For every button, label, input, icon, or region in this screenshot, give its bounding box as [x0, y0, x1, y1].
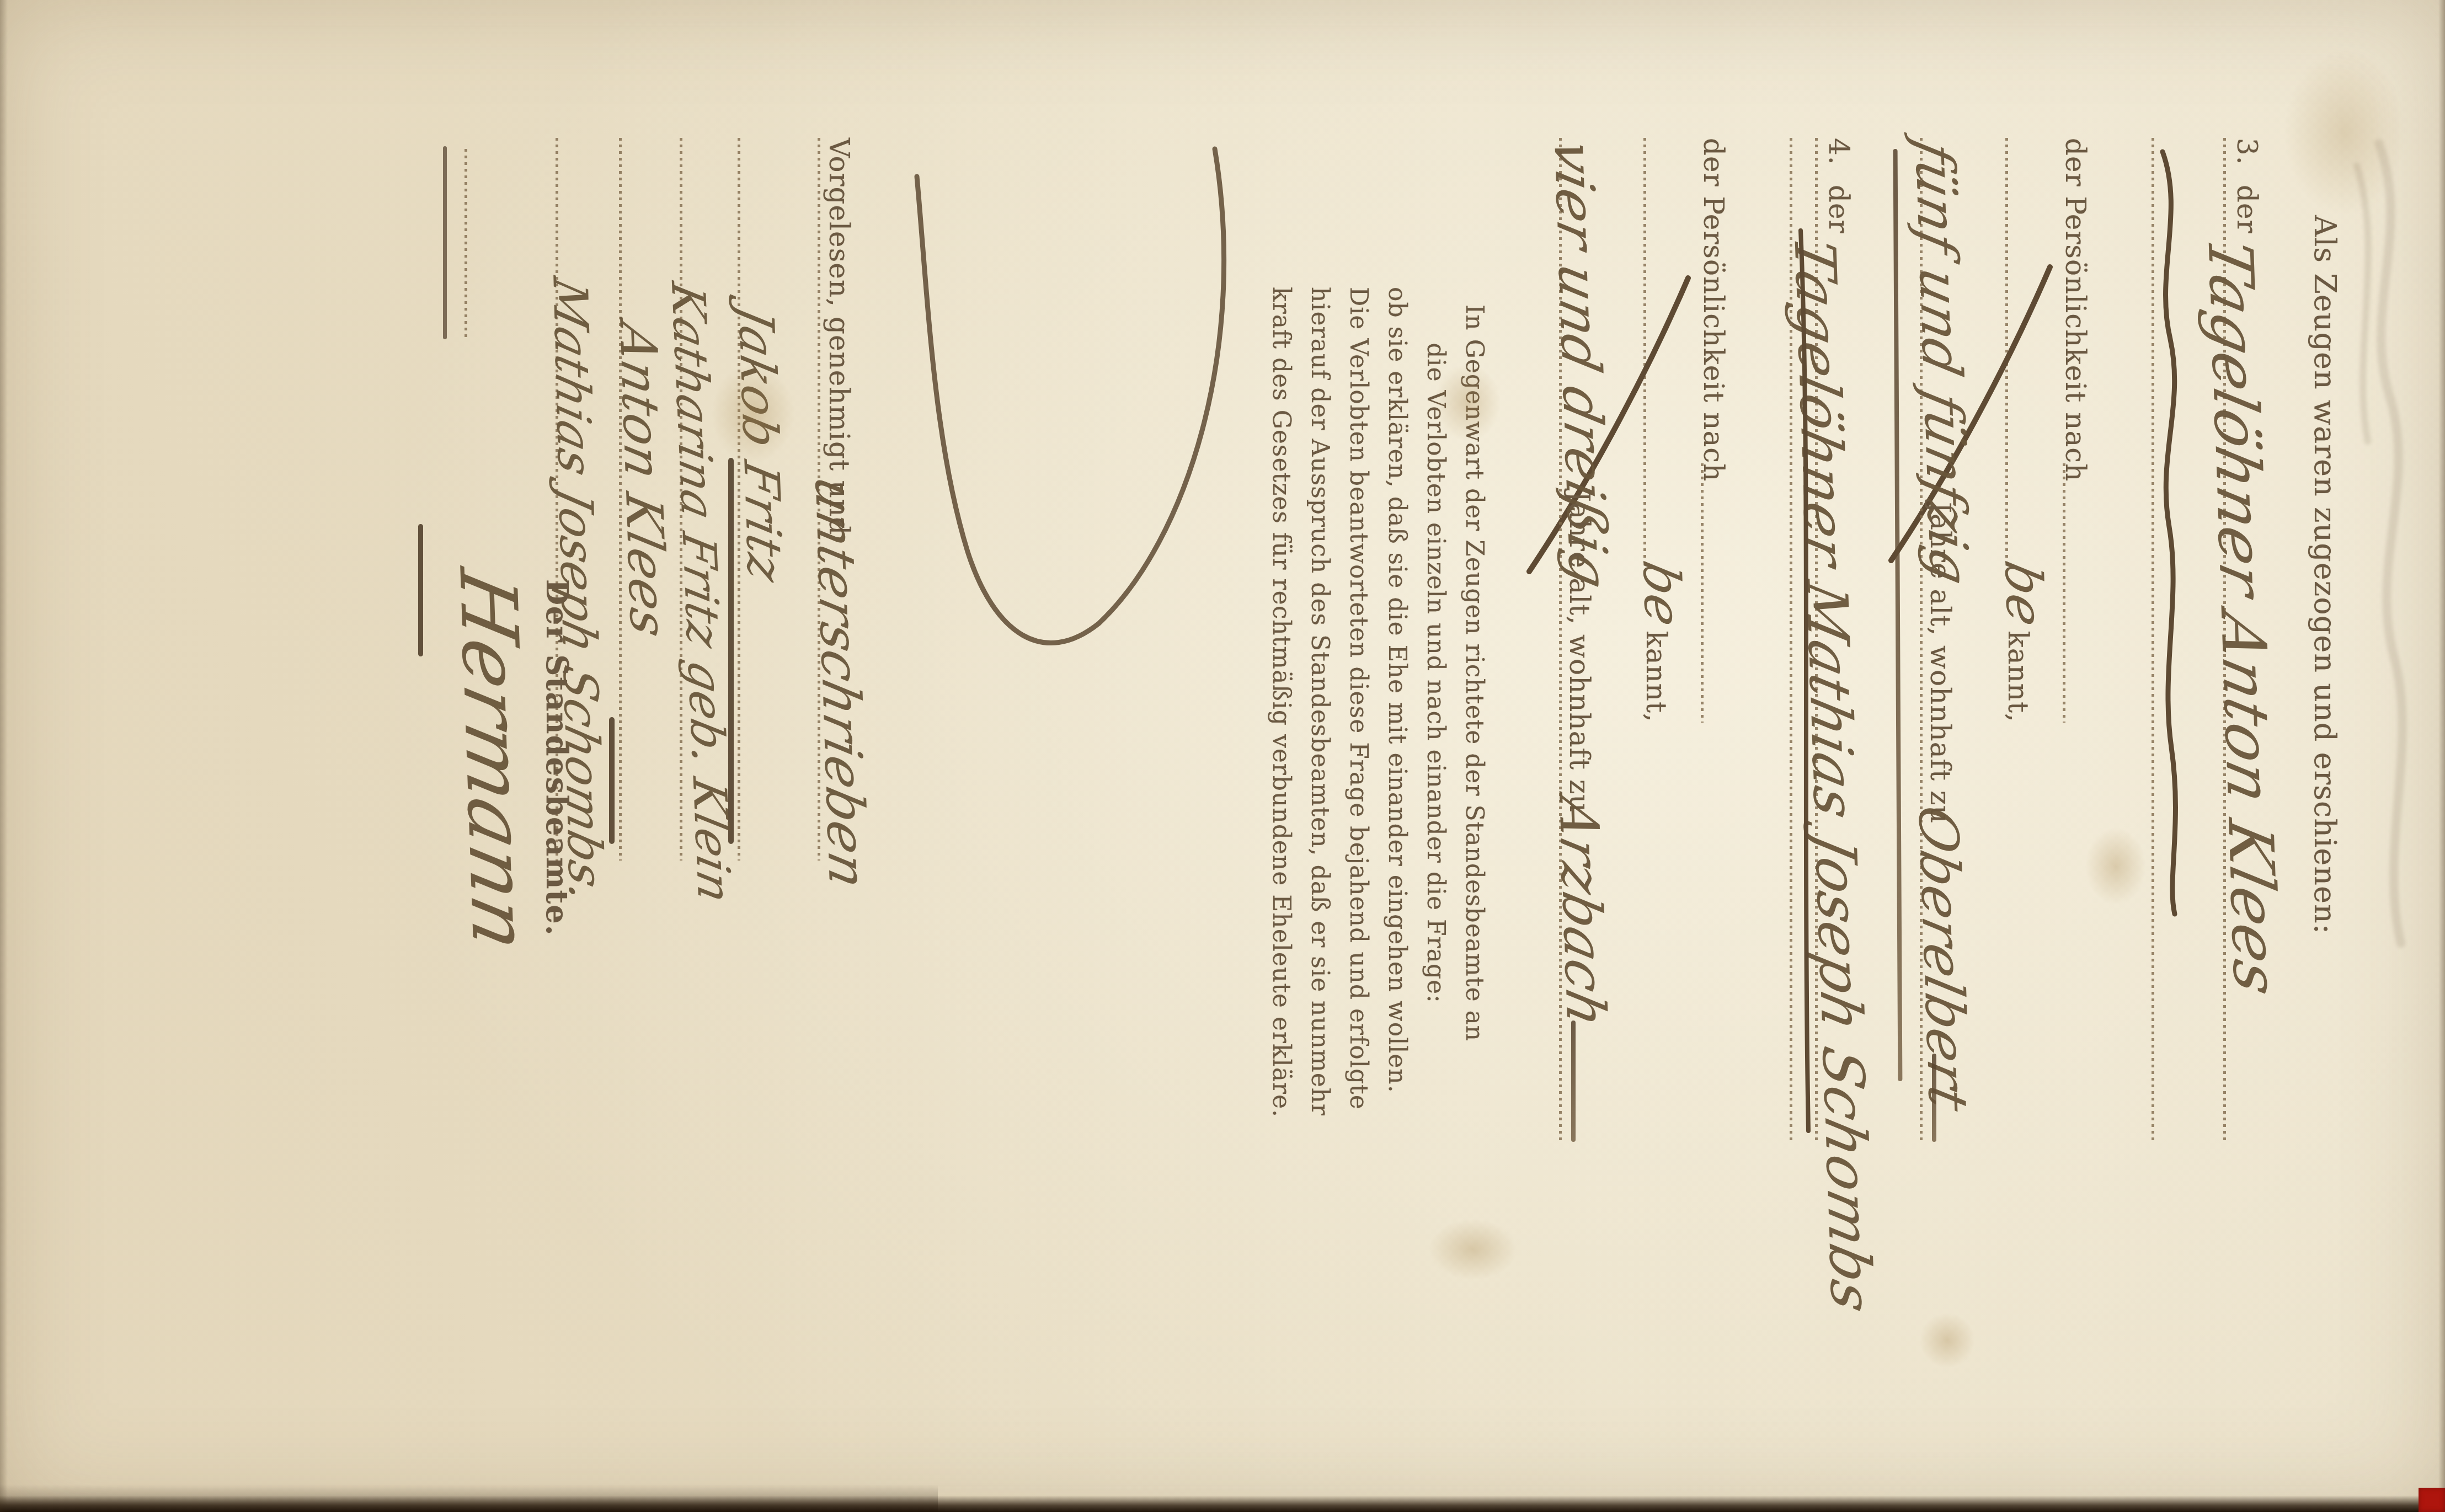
paper-stain [2284, 50, 2405, 215]
approval-label: Vorgelesen, genehmigt und [823, 138, 855, 535]
ink-flourish-wave [2150, 146, 2189, 918]
paper-stain [1429, 1219, 1517, 1280]
ink-underline [418, 524, 423, 656]
declaration-line: ob sie erklären, daß sie die Ehe mit ein… [1378, 287, 1416, 1059]
marriage-register-document: Als Zeugen waren zugezogen und erschiene… [0, 0, 2445, 1512]
witness3-filler-rule [2152, 138, 2174, 1142]
witness4-number: 4. [1823, 138, 1855, 165]
page-left-edge [0, 0, 8, 1512]
witness3-number: 3. [2231, 138, 2263, 165]
paper-stain [1434, 364, 1501, 441]
ghost-ink-offset [2346, 132, 2428, 960]
scanned-register-page: Als Zeugen waren zugezogen und erschiene… [0, 0, 2445, 1512]
registrar-label: Der Standesbeamte. [540, 579, 575, 877]
ink-filler-stroke [1792, 226, 1819, 1136]
witness4-article: der [1823, 185, 1855, 234]
ruled-line [2063, 463, 2065, 723]
signature-row: Jakob Fritz [738, 138, 798, 861]
approval-handwriting: unterschrieben [803, 472, 878, 894]
short-solid-line [443, 146, 447, 339]
ink-end-line [1932, 1054, 1936, 1142]
witness3-name-handwriting: Tagelöhner Anton Klees [2193, 232, 2291, 1002]
witness3-article: der [2231, 185, 2263, 234]
ink-flourish-large [906, 110, 1237, 745]
paper-stain [2085, 827, 2146, 905]
declaration-line: Die Verlobten beantworteten diese Frage … [1339, 287, 1378, 1059]
witness3-identity-label: der Persönlichkeit nach [2059, 138, 2091, 482]
witness4-identity-row: der Persönlichkeit nach [1693, 138, 1745, 723]
witness4-name-row: 4. der Tagelöhner Mathias Joseph Schombs [1815, 138, 1881, 1142]
witness3-identity-row: der Persönlichkeit nach [2055, 138, 2107, 723]
witness4-age-label: Jahre alt, wohnhaft zu [1563, 491, 1595, 813]
witness3-age-label: Jahre alt, wohnhaft zu [1924, 502, 1956, 824]
page-bottom-edge [0, 1495, 2445, 1512]
page-right-edge [2438, 0, 2445, 1512]
witness3-age-row: fünf und fünfzig Jahre alt, wohnhaft zu … [1920, 138, 1975, 1142]
witness4-filler-rule [1790, 138, 1812, 1142]
witness4-residence-handwriting: Arzbach [1546, 792, 1617, 1033]
witness4-identity-label: der Persönlichkeit nach [1697, 138, 1729, 482]
witness3-name-row: 3. der Tagelöhner Anton Klees [2223, 138, 2289, 1142]
approval-row: Vorgelesen, genehmigt und unterschrieben [818, 138, 884, 861]
witness3-kannt-label: kannt, [2002, 631, 2034, 723]
witness3-residence-handwriting: Oberelbert [1906, 800, 1979, 1116]
declaration-line: hierauf der Ausspruch des Standesbeamten… [1300, 287, 1339, 1059]
witness4-age-row: vier und dreißig Jahre alt, wohnhaft zu … [1559, 138, 1614, 1142]
red-corner-marker [2419, 1488, 2445, 1512]
witness4-kannt-label: kannt, [1640, 631, 1672, 723]
declaration-line: kraft des Gesetzes für rechtmäßig verbun… [1262, 287, 1300, 1059]
ruled-line [1701, 463, 1704, 723]
signature-handwriting: Anton Klees [608, 318, 678, 642]
short-ruled-line [465, 149, 467, 339]
paper-stain [1920, 1313, 1975, 1368]
ink-end-line [1571, 1021, 1576, 1142]
signature-row: Katharina Fritz geb. Klein [680, 138, 740, 861]
paper-stain [712, 364, 794, 463]
registrar-signature-handwriting: Hermann [441, 563, 546, 959]
signature-row: Anton Klees [619, 138, 680, 861]
witnesses-heading: Als Zeugen waren zugezogen und erschiene… [2308, 215, 2342, 934]
